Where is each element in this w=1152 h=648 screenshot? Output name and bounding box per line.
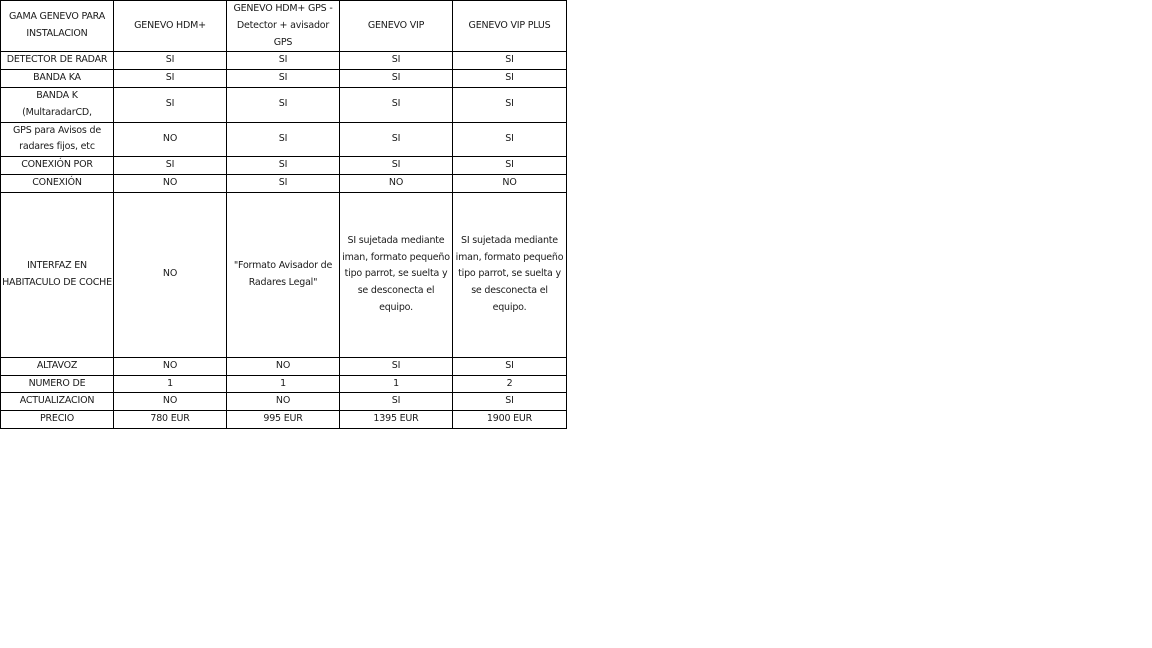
table-cell: SI [453, 70, 567, 88]
row-label: ALTAVOZ [1, 357, 114, 375]
row-label: PRECIO [1, 411, 114, 429]
table-cell: 995 EUR [227, 411, 340, 429]
table-cell: SI sujetada mediante iman, formato peque… [340, 192, 453, 357]
table-cell: SI [114, 87, 227, 122]
table-cell: SI [340, 52, 453, 70]
table-cell: 1900 EUR [453, 411, 567, 429]
row-label: GPS para Avisos de radares fijos, etc [1, 122, 114, 157]
table-cell: SI [453, 52, 567, 70]
row-label: CONEXIÓN POR [1, 157, 114, 175]
row-label: BANDA KA [1, 70, 114, 88]
table-cell: NO [114, 357, 227, 375]
table-row: DETECTOR DE RADARSISISISI [1, 52, 567, 70]
table-cell: SI [114, 157, 227, 175]
table-row: CONEXIÓNNOSINONO [1, 174, 567, 192]
table-cell: 780 EUR [114, 411, 227, 429]
table-cell: SI [227, 87, 340, 122]
table-cell: 1395 EUR [340, 411, 453, 429]
table-cell: SI [340, 70, 453, 88]
table-cell: NO [114, 393, 227, 411]
table-cell: SI [340, 122, 453, 157]
table-row: INTERFAZ EN HABITACULO DE COCHENO"Format… [1, 192, 567, 357]
table-row: CONEXIÓN PORSISISISI [1, 157, 567, 175]
table-cell: SI sujetada mediante iman, formato peque… [453, 192, 567, 357]
table-cell: 1 [227, 375, 340, 393]
table-cell: NO [114, 122, 227, 157]
table-row: GPS para Avisos de radares fijos, etcNOS… [1, 122, 567, 157]
header-cell-category: GAMA GENEVO PARA INSTALACION [1, 1, 114, 52]
table-cell: 2 [453, 375, 567, 393]
row-label: CONEXIÓN [1, 174, 114, 192]
table-row: PRECIO780 EUR995 EUR1395 EUR1900 EUR [1, 411, 567, 429]
table-cell: SI [340, 87, 453, 122]
table-cell: NO [114, 174, 227, 192]
row-label: INTERFAZ EN HABITACULO DE COCHE [1, 192, 114, 357]
table-cell: NO [340, 174, 453, 192]
table-cell: SI [453, 87, 567, 122]
table-cell: "Formato Avisador de Radares Legal" [227, 192, 340, 357]
table-cell: SI [227, 157, 340, 175]
row-label: DETECTOR DE RADAR [1, 52, 114, 70]
table-cell: SI [453, 357, 567, 375]
header-cell-vip-plus: GENEVO VIP PLUS [453, 1, 567, 52]
table-row: ACTUALIZACIONNONOSISI [1, 393, 567, 411]
table-cell: NO [453, 174, 567, 192]
table-cell: SI [114, 70, 227, 88]
table-row: BANDA K (MultaradarCD,SISISISI [1, 87, 567, 122]
table-cell: SI [340, 393, 453, 411]
table-cell: SI [453, 122, 567, 157]
table-cell: 1 [114, 375, 227, 393]
table-cell: SI [114, 52, 227, 70]
table-row: NUMERO DE1112 [1, 375, 567, 393]
table-cell: SI [227, 70, 340, 88]
row-label: BANDA K (MultaradarCD, [1, 87, 114, 122]
table-cell: SI [340, 357, 453, 375]
genevo-comparison-table: GAMA GENEVO PARA INSTALACION GENEVO HDM+… [0, 0, 567, 429]
row-label: NUMERO DE [1, 375, 114, 393]
table-cell: 1 [340, 375, 453, 393]
header-cell-hdm-gps: GENEVO HDM+ GPS - Detector + avisador GP… [227, 1, 340, 52]
header-cell-hdm: GENEVO HDM+ [114, 1, 227, 52]
table-cell: SI [227, 52, 340, 70]
header-row: GAMA GENEVO PARA INSTALACION GENEVO HDM+… [1, 1, 567, 52]
table-cell: SI [340, 157, 453, 175]
row-label: ACTUALIZACION [1, 393, 114, 411]
table-row: ALTAVOZNONOSISI [1, 357, 567, 375]
table-cell: NO [227, 393, 340, 411]
table-row: BANDA KASISISISI [1, 70, 567, 88]
table-cell: SI [453, 393, 567, 411]
table-cell: NO [227, 357, 340, 375]
table-cell: SI [453, 157, 567, 175]
table-cell: SI [227, 174, 340, 192]
table-cell: SI [227, 122, 340, 157]
header-cell-vip: GENEVO VIP [340, 1, 453, 52]
table-cell: NO [114, 192, 227, 357]
